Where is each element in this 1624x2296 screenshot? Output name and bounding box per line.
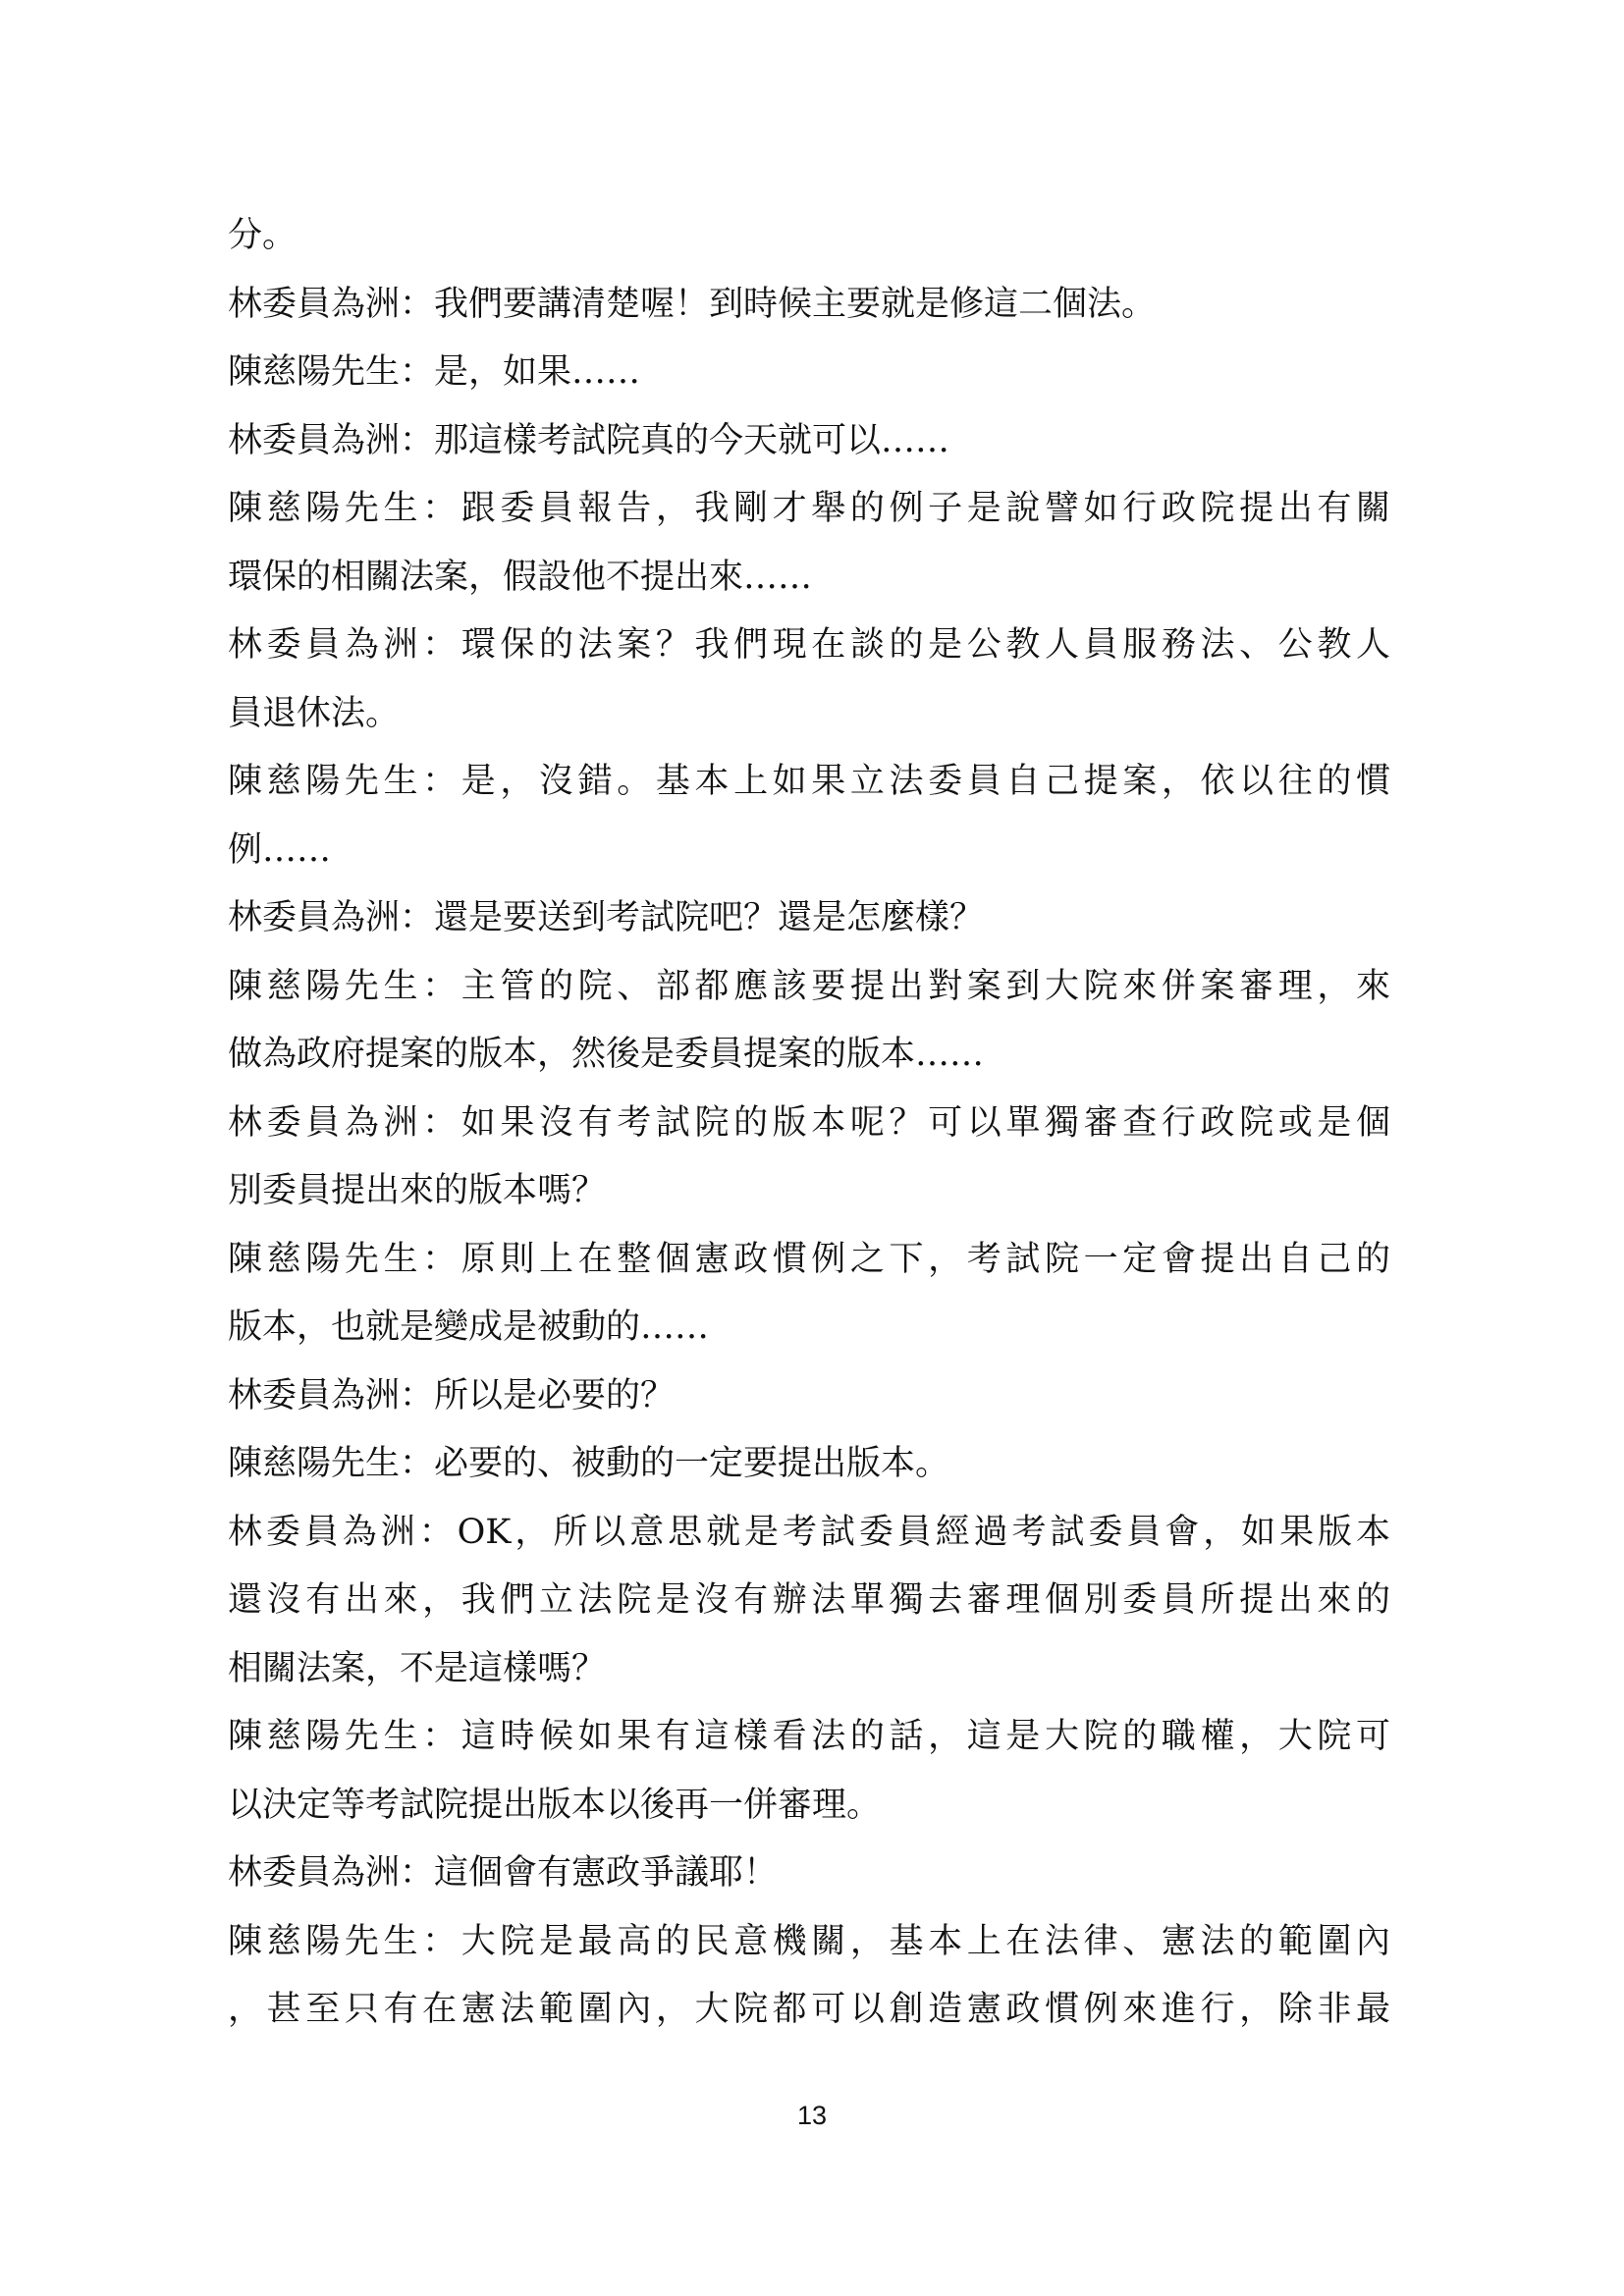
transcript-line: 分。 bbox=[228, 202, 1390, 271]
transcript-line: 林委員為洲：所以是必要的？ bbox=[228, 1362, 1390, 1431]
document-page: 分。 林委員為洲：我們要講清楚喔！到時候主要就是修這二個法。 陳慈陽先生：是，如… bbox=[0, 0, 1624, 2296]
transcript-line: 林委員為洲：這個會有憲政爭議耶！ bbox=[228, 1840, 1390, 1908]
transcript-line: 陳慈陽先生：這時候如果有這樣看法的話，這是大院的職權，大院可 bbox=[228, 1703, 1390, 1772]
transcript-line: 環保的相關法案，假設他不提出來…… bbox=[228, 544, 1390, 613]
transcript-line: 版本，也就是變成是被動的…… bbox=[228, 1294, 1390, 1362]
transcript-line: 林委員為洲：我們要講清楚喔！到時候主要就是修這二個法。 bbox=[228, 271, 1390, 340]
transcript-line: 林委員為洲：還是要送到考試院吧？還是怎麼樣？ bbox=[228, 884, 1390, 953]
transcript-line: 陳慈陽先生：是，沒錯。基本上如果立法委員自己提案，依以往的慣 bbox=[228, 748, 1390, 817]
transcript-line: 陳慈陽先生：大院是最高的民意機關，基本上在法律、憲法的範圍內 bbox=[228, 1908, 1390, 1977]
transcript-line: 陳慈陽先生：跟委員報告，我剛才舉的例子是說譬如行政院提出有關 bbox=[228, 475, 1390, 544]
transcript-line: 林委員為洲：如果沒有考試院的版本呢？可以單獨審查行政院或是個 bbox=[228, 1090, 1390, 1158]
transcript-line: 陳慈陽先生：主管的院、部都應該要提出對案到大院來併案審理，來 bbox=[228, 953, 1390, 1022]
transcript-line: 做為政府提案的版本，然後是委員提案的版本…… bbox=[228, 1021, 1390, 1090]
transcript-line: 員退休法。 bbox=[228, 680, 1390, 749]
transcript-line: ，甚至只有在憲法範圍內，大院都可以創造憲政慣例來進行，除非最 bbox=[228, 1976, 1390, 2045]
transcript-line: 陳慈陽先生：必要的、被動的一定要提出版本。 bbox=[228, 1430, 1390, 1499]
transcript-line: 以決定等考試院提出版本以後再一併審理。 bbox=[228, 1772, 1390, 1841]
transcript-line: 林委員為洲：OK，所以意思就是考試委員經過考試委員會，如果版本 bbox=[228, 1499, 1390, 1568]
transcript-line: 陳慈陽先生：原則上在整個憲政慣例之下，考試院一定會提出自己的 bbox=[228, 1226, 1390, 1295]
transcript-line: 林委員為洲：環保的法案？我們現在談的是公教人員服務法、公教人 bbox=[228, 612, 1390, 680]
transcript-body: 分。 林委員為洲：我們要講清楚喔！到時候主要就是修這二個法。 陳慈陽先生：是，如… bbox=[228, 202, 1390, 2045]
transcript-line: 林委員為洲：那這樣考試院真的今天就可以…… bbox=[228, 407, 1390, 476]
transcript-line: 例…… bbox=[228, 817, 1390, 885]
transcript-line: 別委員提出來的版本嗎？ bbox=[228, 1157, 1390, 1226]
transcript-line: 還沒有出來，我們立法院是沒有辦法單獨去審理個別委員所提出來的 bbox=[228, 1567, 1390, 1635]
transcript-line: 陳慈陽先生：是，如果…… bbox=[228, 339, 1390, 407]
page-number: 13 bbox=[0, 2101, 1624, 2131]
transcript-line: 相關法案，不是這樣嗎？ bbox=[228, 1635, 1390, 1704]
